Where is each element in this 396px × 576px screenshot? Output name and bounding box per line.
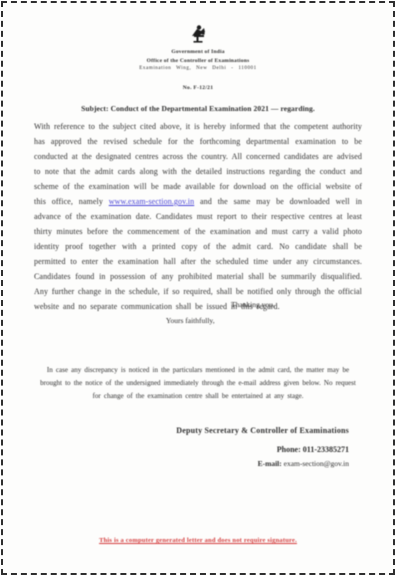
- org-name-line: Government of India: [3, 48, 393, 57]
- signature-block: Deputy Secretary & Controller of Examina…: [43, 426, 349, 469]
- signatory-email-line: E-mail: exam-section@gov.in: [43, 459, 349, 469]
- footer-notice: This is a computer generated letter and …: [3, 529, 393, 547]
- body-text-after-link: and the same may be downloaded well in a…: [34, 197, 362, 311]
- signatory-designation: Deputy Secretary & Controller of Examina…: [43, 426, 349, 436]
- reference-number: No. F-12/21: [3, 85, 393, 91]
- signatory-phone: Phone: 011-23385271: [43, 445, 349, 455]
- website-link[interactable]: www.exam-section.gov.in: [109, 197, 194, 206]
- body-text-before-link: With reference to the subject cited abov…: [34, 122, 362, 206]
- email-value: exam-section@gov.in: [284, 459, 349, 468]
- note-block: In case any discrepancy is noticed in th…: [36, 364, 360, 403]
- email-label: E-mail:: [258, 459, 282, 468]
- org-department-line: Office of the Controller of Examinations: [3, 57, 393, 66]
- subject-line: Subject: Conduct of the Departmental Exa…: [43, 104, 353, 113]
- scanned-letter-content: Government of India Office of the Contro…: [3, 3, 393, 573]
- org-address-line: Examination Wing, New Delhi - 110001: [3, 65, 393, 74]
- footer-red-link[interactable]: This is a computer generated letter and …: [99, 537, 297, 544]
- government-emblem-icon: [186, 23, 210, 47]
- letterhead-block: Government of India Office of the Contro…: [3, 48, 393, 74]
- body-paragraph: With reference to the subject cited abov…: [34, 119, 362, 314]
- closing-line: Thanking you,: [231, 300, 275, 309]
- letter-page: Government of India Office of the Contro…: [1, 1, 395, 575]
- faithfully-line: Yours faithfully,: [3, 316, 377, 325]
